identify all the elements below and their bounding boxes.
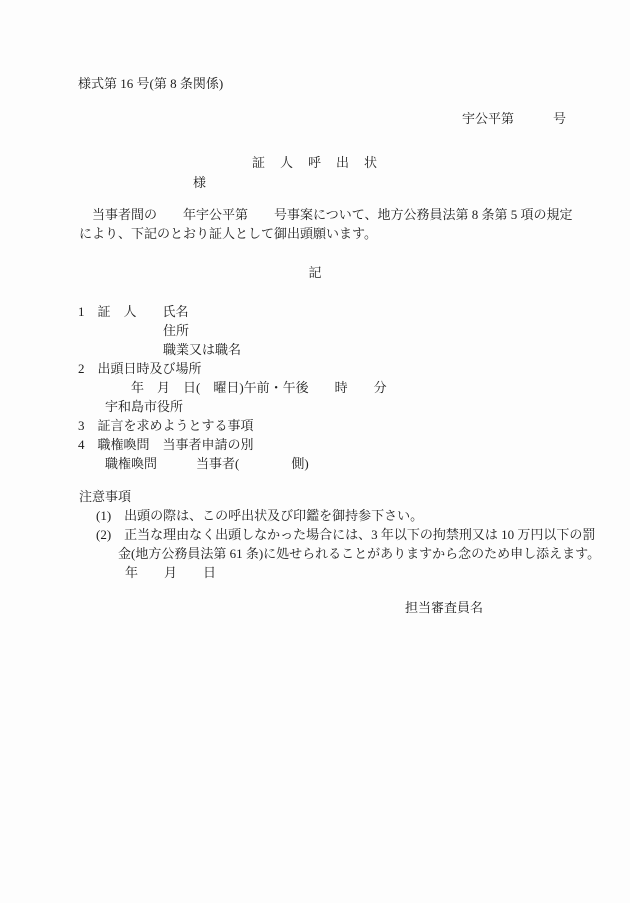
item-4-detail: 職権喚問 当事者( 側) <box>105 454 309 473</box>
item-1-occupation-label: 職業又は職名 <box>163 340 241 359</box>
item-1-address-label: 住所 <box>163 321 189 340</box>
notes-heading: 注意事項 <box>79 487 131 506</box>
form-number: 様式第 16 号(第 8 条関係) <box>78 74 223 93</box>
record-marker: 記 <box>0 263 630 282</box>
document-title: 証 人 呼 出 状 <box>0 153 630 172</box>
item-1-witness-name-label: 1 証 人 氏名 <box>78 302 189 321</box>
reference-number: 宇公平第 号 <box>462 109 566 128</box>
item-2-place: 宇和島市役所 <box>105 397 183 416</box>
note-2-line-1: (2) 正当な理由なく出頭しなかった場合には、3 年以下の拘禁刑又は 10 万円… <box>96 525 595 544</box>
addressee-honorific: 様 <box>193 173 206 192</box>
note-2-line-2: 金(地方公務員法第 61 条)に処せられることがありますから念のため申し添えます… <box>118 544 600 563</box>
intro-paragraph-line-1: 当事者間の 年宇公平第 号事案について、地方公務員法第 8 条第 5 項の規定 <box>79 205 572 224</box>
witness-summons-document: 様式第 16 号(第 8 条関係) 宇公平第 号 証 人 呼 出 状 様 当事者… <box>0 0 630 903</box>
item-4-heading: 4 職権喚問 当事者申請の別 <box>78 435 254 454</box>
item-2-heading: 2 出頭日時及び場所 <box>78 359 202 378</box>
date-blanks-line: 年 月 日 <box>125 563 216 582</box>
item-2-datetime-blanks: 年 月 日( 曜日)午前・午後 時 分 <box>131 378 387 397</box>
intro-paragraph-line-2: により、下記のとおり証人として御出頭願います。 <box>79 224 377 243</box>
item-3-heading: 3 証言を求めようとする事項 <box>78 416 254 435</box>
examiner-name-label: 担当審査員名 <box>405 598 483 617</box>
note-1: (1) 出頭の際は、この呼出状及び印鑑を御持参下さい。 <box>96 506 423 525</box>
